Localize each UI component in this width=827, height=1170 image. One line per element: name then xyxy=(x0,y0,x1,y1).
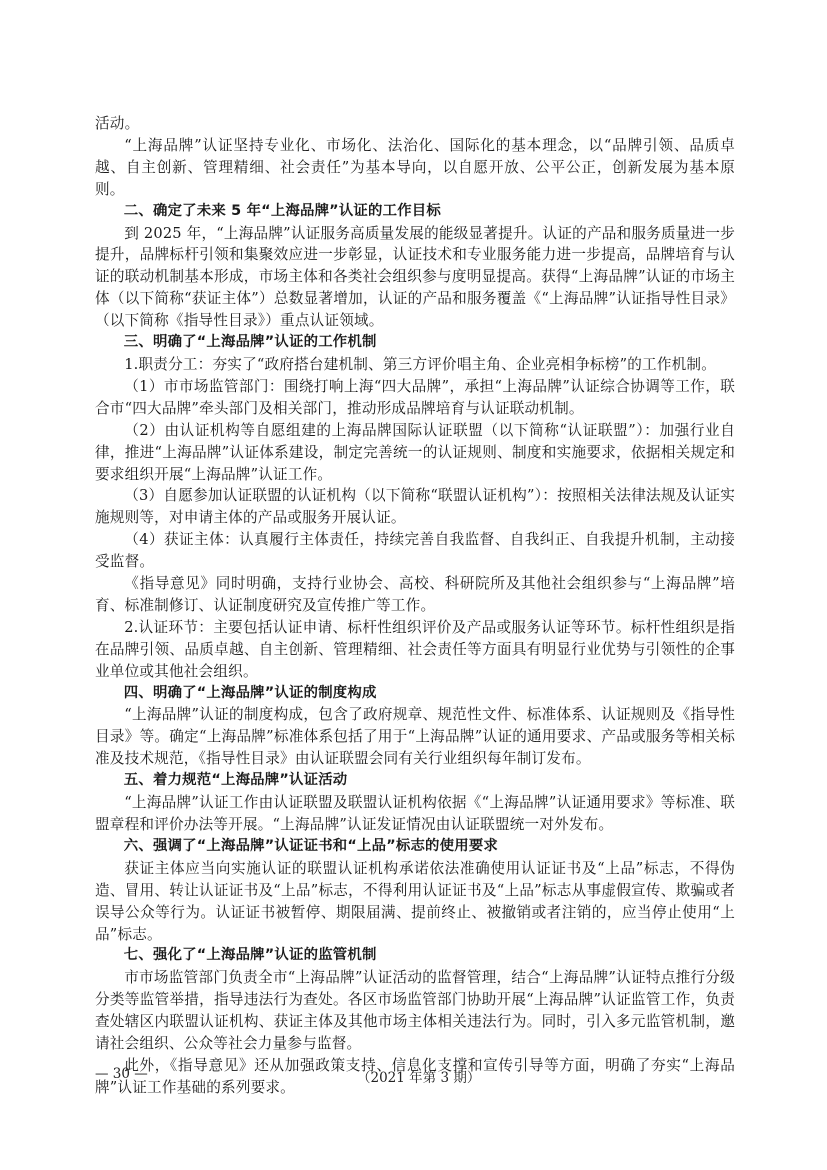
paragraph-item-4: （4）获证主体：认真履行主体责任，持续完善自我监督、自我纠正、自我提升机制，主动… xyxy=(95,529,735,573)
paragraph-item-1: （1）市市场监管部门：围绕打响上海“四大品牌”，承担“上海品牌”认证综合协调等工… xyxy=(95,376,735,420)
paragraph-item-2: （2）由认证机构等自愿组建的上海品牌国际认证联盟（以下简称“认证联盟”）：加强行… xyxy=(95,420,735,486)
section-heading-6: 六、强调了“上海品牌”认证证书和“上品”标志的使用要求 xyxy=(95,836,735,858)
paragraph-certificate-usage: 获证主体应当向实施认证的联盟认证机构承诺依法准确使用认证证书及“上品”标志，不得… xyxy=(95,858,735,946)
paragraph-responsibility: 1.职责分工：夯实了“政府搭台建机制、第三方评价唱主角、企业亮相争标榜”的工作机… xyxy=(95,354,735,376)
paragraph-supervision: 市市场监管部门负责全市“上海品牌”认证活动的监督管理，结合“上海品牌”认证特点推… xyxy=(95,967,735,1055)
section-heading-7: 七、强化了“上海品牌”认证的监管机制 xyxy=(95,945,735,967)
paragraph-certification-steps: 2.认证环节：主要包括认证申请、标杆性组织评价及产品或服务认证等环节。标杆性组织… xyxy=(95,617,735,683)
paragraph-system: “上海品牌”认证的制度构成，包含了政府规章、规范性文件、标准体系、认证规则及《指… xyxy=(95,704,735,770)
issue-label: （2021 年第 3 期） xyxy=(357,1066,480,1086)
page-number: — 30 — xyxy=(95,1066,148,1082)
section-heading-4: 四、明确了“上海品牌”认证的制度构成 xyxy=(95,683,735,705)
paragraph-goals: 到 2025 年，“上海品牌”认证服务高质量发展的能级显著提升。认证的产品和服务… xyxy=(95,223,735,333)
paragraph-principles: “上海品牌”认证坚持专业化、市场化、法治化、国际化的基本理念，以“品牌引领、品质… xyxy=(95,135,735,201)
paragraph-guidance: 《指导意见》同时明确，支持行业协会、高校、科研院所及其他社会组织参与“上海品牌”… xyxy=(95,573,735,617)
paragraph-activities: “上海品牌”认证工作由认证联盟及联盟认证机构依据《“上海品牌”认证通用要求》等标… xyxy=(95,792,735,836)
paragraph-item-3: （3）自愿参加认证联盟的认证机构（以下简称“联盟认证机构”）：按照相关法律法规及… xyxy=(95,485,735,529)
section-heading-3: 三、明确了“上海品牌”认证的工作机制 xyxy=(95,332,735,354)
section-heading-5: 五、着力规范“上海品牌”认证活动 xyxy=(95,770,735,792)
document-body: 活动。 “上海品牌”认证坚持专业化、市场化、法治化、国际化的基本理念，以“品牌引… xyxy=(95,113,735,1099)
paragraph-continuation: 活动。 xyxy=(95,113,735,135)
section-heading-2: 二、确定了未来 5 年“上海品牌”认证的工作目标 xyxy=(95,201,735,223)
